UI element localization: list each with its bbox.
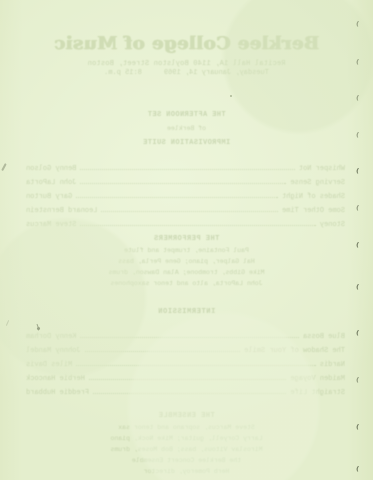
dot-leader — [101, 203, 278, 212]
composer-name: Gary Burton — [26, 192, 72, 203]
song-title: Shades of Night — [282, 192, 345, 203]
program-row: NardisMiles Davis — [26, 357, 345, 371]
dot-leader — [76, 357, 316, 366]
program-row: Shades of NightGary Burton — [26, 189, 345, 203]
program-row: StoneySteve Marcus — [26, 217, 345, 231]
song-title: Some Other Time — [282, 206, 345, 217]
program-title-line1: THE AFTERNOON SET — [0, 108, 373, 122]
song-title: Straight Life — [290, 388, 345, 399]
date-time-line: Tuesday, January 14, 19698:15 p.m. — [0, 69, 373, 78]
program-title-line3: IMPROVISATION SUITE — [0, 136, 373, 150]
performers-block-first: THE PERFORMERS Paul Fontaine, trumpet an… — [0, 233, 373, 289]
program-row: Whisper NotBenny Golson — [26, 161, 345, 175]
masthead-title: Berklee College of Music — [0, 33, 373, 54]
song-title: Nardis — [320, 360, 345, 371]
program-row: Serving SenseJohn LaPorta — [26, 175, 345, 189]
composer-name: Miles Davis — [26, 360, 72, 371]
dot-leader — [80, 329, 299, 338]
program-row: Blue BossaKenny Dorham — [26, 329, 345, 343]
performer-line: Mike Gibbs, trombone; Alan Dawson, drums — [0, 267, 373, 278]
program-title-line2: of Berklee — [0, 122, 373, 136]
performers-block-second: THE ENSEMBLE Steve Marcus, soprano and t… — [0, 410, 373, 477]
ensemble-heading: THE ENSEMBLE — [0, 410, 373, 422]
date-text: Tuesday, January 14, 1969 — [164, 69, 269, 77]
intermission-heading: INTERMISSION — [0, 308, 373, 316]
program-row: The Shadow of Your SmileJohnny Mandel — [26, 343, 345, 357]
composer-name: John LaPorta — [26, 178, 76, 189]
performers-heading: THE PERFORMERS — [0, 233, 373, 245]
performer-line: Hal Galper, piano; Gene Perla, bass — [0, 256, 373, 267]
program-list-second-set: Blue BossaKenny Dorham The Shadow of You… — [26, 329, 345, 399]
composer-name: Steve Marcus — [26, 220, 76, 231]
performer-line: Herb Pomeroy, director — [0, 466, 373, 477]
dot-leader — [76, 189, 278, 198]
performer-line: John LaPorta, alto and tenor saxophones — [0, 278, 373, 289]
program-title-block: THE AFTERNOON SET of Berklee IMPROVISATI… — [0, 108, 373, 150]
song-title: Blue Bossa — [303, 332, 345, 343]
song-title: Maiden Voyage — [290, 374, 345, 385]
dot-leader — [80, 161, 294, 170]
performer-line: Steve Marcus, soprano and tenor sax — [0, 422, 373, 433]
song-title: The Shadow of Your Smile — [244, 346, 345, 357]
program-row: Straight LifeFreddie Hubbard — [26, 385, 345, 399]
bleed-through-layer: Berklee College of Music Recital Hall 1A… — [0, 0, 373, 480]
song-title: Serving Sense — [290, 178, 345, 189]
ink-dot — [230, 95, 232, 97]
performer-line: the Berklee Concert Ensemble — [0, 455, 373, 466]
performer-line: Paul Fontaine, trumpet and flute — [0, 245, 373, 256]
time-text: 8:15 p.m. — [104, 69, 142, 77]
composer-name: Herbie Hancock — [26, 374, 85, 385]
dot-leader — [80, 175, 286, 184]
venue-address-line: Recital Hall 1A, 1140 Boylston Street, B… — [0, 60, 373, 69]
dot-leader — [80, 217, 315, 226]
song-title: Whisper Not — [299, 164, 345, 175]
composer-name: Leonard Bernstein — [26, 206, 97, 217]
composer-name: Johnny Mandel — [26, 346, 81, 357]
program-row: Some Other TimeLeonard Bernstein — [26, 203, 345, 217]
dot-leader — [89, 371, 287, 380]
performer-line: Miroslav Vitous, bass; Bob Moses, drums — [0, 444, 373, 455]
dot-leader — [85, 343, 241, 352]
program-row: Maiden VoyageHerbie Hancock — [26, 371, 345, 385]
composer-name: Freddie Hubbard — [26, 388, 89, 399]
dot-leader — [93, 385, 286, 394]
program-list-first-set: Whisper NotBenny Golson Serving SenseJoh… — [26, 161, 345, 231]
composer-name: Kenny Dorham — [26, 332, 76, 343]
scanned-program-page: Berklee College of Music Recital Hall 1A… — [0, 0, 373, 480]
song-title: Stoney — [320, 220, 345, 231]
composer-name: Benny Golson — [26, 164, 76, 175]
performer-line: Larry Coryell, guitar; Mike Nock, piano — [0, 433, 373, 444]
